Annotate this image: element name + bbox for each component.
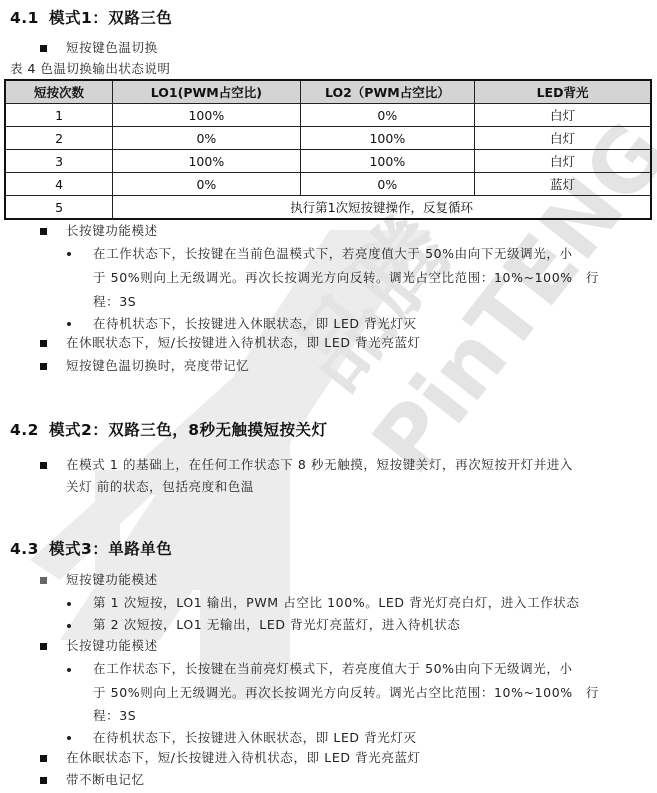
sub-bullet-line: 第 2 次短按，LO1 无输出，LED 背光灯亮蓝灯，进入待机状态	[93, 615, 460, 633]
section-heading-4-3: 4.3模式3：单路单色	[10, 537, 172, 559]
bullet-text: 短按键色温切换	[66, 38, 158, 56]
round-bullet-icon	[67, 624, 71, 628]
table-cell: 0%	[113, 127, 301, 150]
table-cell: 2	[5, 127, 113, 150]
table-cell: 0%	[300, 104, 474, 127]
table-header-cell: 短按次数	[5, 80, 113, 104]
section-heading-4-1: 4.1模式1：双路三色	[10, 6, 172, 28]
sub-bullet-line: 程：3S	[93, 292, 136, 310]
bullet-text: 在休眠状态下，短/长按键进入待机状态，即 LED 背光亮蓝灯	[66, 748, 421, 766]
document-page: 4.1模式1：双路三色 短按键色温切换 表 4 色温切换输出状态说明 短按次数 …	[0, 0, 657, 793]
bullet-text: 关灯 前的状态，包括亮度和色温	[66, 477, 254, 495]
table-cell: 5	[5, 196, 113, 220]
square-bullet-icon	[40, 643, 47, 650]
table-cell-merged: 执行第1次短按键操作，反复循环	[113, 196, 651, 220]
table-cell: 100%	[300, 150, 474, 173]
table-header-cell: LO2（PWM占空比）	[300, 80, 474, 104]
sub-bullet-line: 于 50%则向上无级调光。再次长按调光方向反转。调光占空比范围：10%~100%…	[93, 268, 599, 286]
table-cell: 0%	[300, 173, 474, 196]
table-cell: 蓝灯	[475, 173, 651, 196]
table-cell: 100%	[113, 104, 301, 127]
sub-bullet-line: 在待机状态下，长按键进入休眠状态，即 LED 背光灯灭	[93, 728, 417, 746]
table-cell: 0%	[113, 173, 301, 196]
table-cell: 白灯	[475, 127, 651, 150]
round-bullet-icon	[67, 322, 71, 326]
round-bullet-icon	[67, 602, 71, 606]
sub-bullet-line: 在待机状态下，长按键进入休眠状态，即 LED 背光灯灭	[93, 314, 417, 332]
color-temp-table: 短按次数 LO1(PWM占空比) LO2（PWM占空比） LED背光 1 100…	[4, 79, 652, 220]
table-cell: 1	[5, 104, 113, 127]
table-row: 5 执行第1次短按键操作，反复循环	[5, 196, 651, 220]
sub-bullet-line: 于 50%则向上无级调光。再次长按调光方向反转。调光占空比范围：10%~100%…	[93, 683, 599, 701]
bullet-text: 带不断电记忆	[66, 770, 145, 788]
table-cell: 白灯	[475, 150, 651, 173]
bullet-text: 长按键功能模述	[66, 221, 158, 239]
square-bullet-icon	[40, 340, 47, 347]
square-bullet-icon	[40, 228, 47, 235]
table-cell: 100%	[300, 127, 474, 150]
sub-bullet-line: 在工作状态下，长按键在当前亮灯模式下，若亮度值大于 50%由向下无级调光，小	[93, 659, 573, 677]
sub-bullet-line: 在工作状态下，长按键在当前色温模式下，若亮度值大于 50%由向下无级调光，小	[93, 244, 573, 262]
table-caption: 表 4 色温切换输出状态说明	[10, 59, 170, 77]
round-bullet-icon	[67, 668, 71, 672]
square-bullet-icon	[40, 777, 47, 784]
table-cell: 白灯	[475, 104, 651, 127]
bullet-text: 短按键色温切换时，亮度带记忆	[66, 356, 249, 374]
round-bullet-icon	[67, 736, 71, 740]
table-header-cell: LED背光	[475, 80, 651, 104]
bullet-text: 在模式 1 的基础上，在任何工作状态下 8 秒无触摸，短按键关灯，再次短按开灯并…	[66, 455, 573, 473]
bullet-text: 长按键功能模述	[66, 636, 158, 654]
bullet-text: 在休眠状态下，短/长按键进入待机状态，即 LED 背光亮蓝灯	[66, 333, 421, 351]
table-row: 2 0% 100% 白灯	[5, 127, 651, 150]
table-row: 1 100% 0% 白灯	[5, 104, 651, 127]
table-row: 4 0% 0% 蓝灯	[5, 173, 651, 196]
sub-bullet-line: 第 1 次短按，LO1 输出，PWM 占空比 100%。LED 背光灯亮白灯，进…	[93, 593, 580, 611]
table-header-cell: LO1(PWM占空比)	[113, 80, 301, 104]
square-bullet-icon	[40, 462, 47, 469]
sub-bullet-line: 程：3S	[93, 706, 136, 724]
square-bullet-icon	[40, 577, 47, 584]
square-bullet-icon	[40, 755, 47, 762]
table-cell: 100%	[113, 150, 301, 173]
table-cell: 3	[5, 150, 113, 173]
round-bullet-icon	[67, 252, 71, 256]
table-row: 3 100% 100% 白灯	[5, 150, 651, 173]
section-heading-4-2: 4.2模式2：双路三色，8秒无触摸短按关灯	[10, 418, 328, 440]
table-cell: 4	[5, 173, 113, 196]
bullet-text: 短按键功能模述	[66, 570, 158, 588]
square-bullet-icon	[40, 363, 47, 370]
square-bullet-icon	[40, 45, 47, 52]
table-header-row: 短按次数 LO1(PWM占空比) LO2（PWM占空比） LED背光	[5, 80, 651, 104]
